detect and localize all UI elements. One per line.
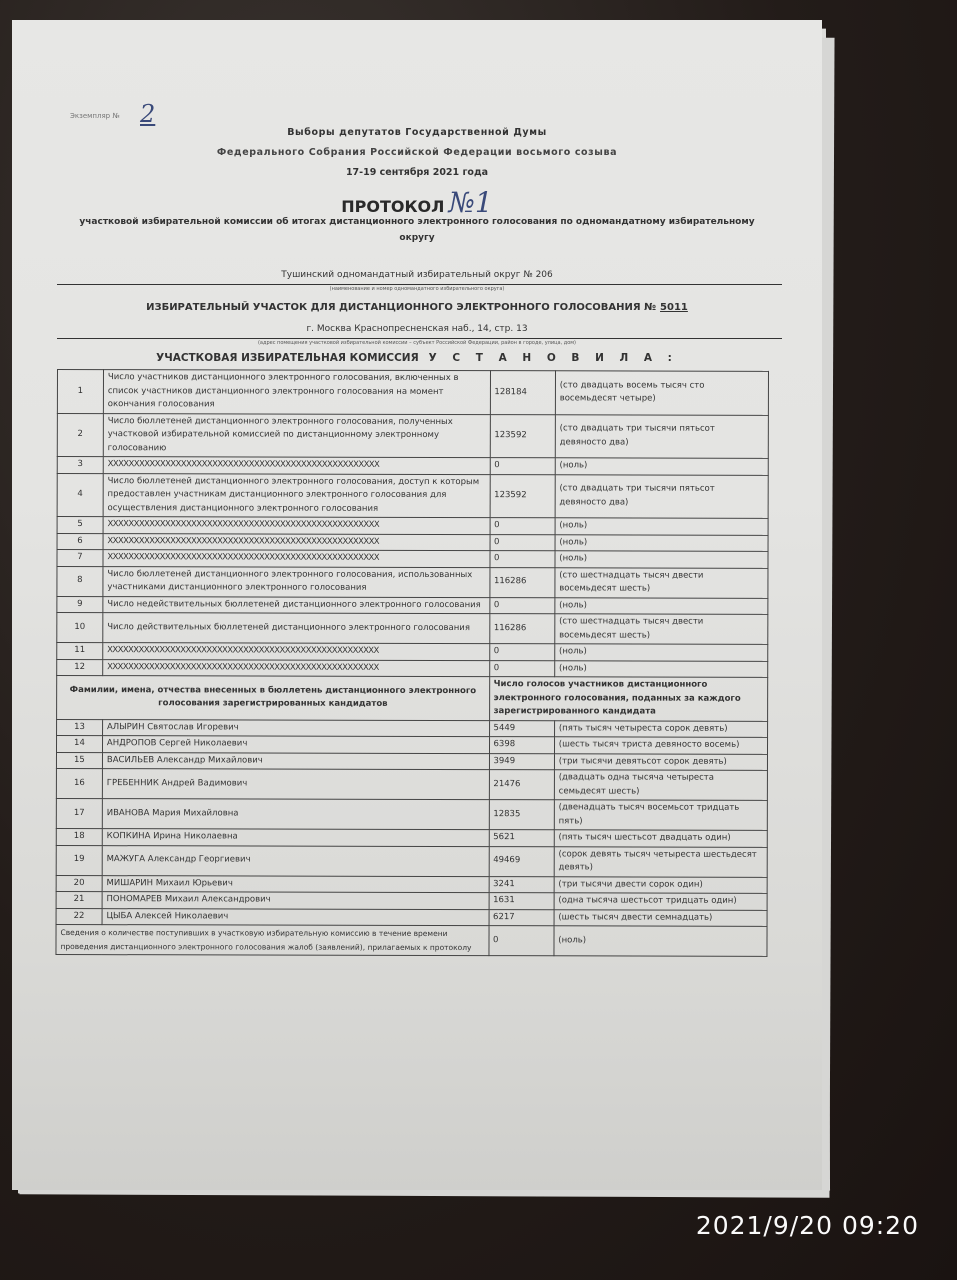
row-value-words: (сто двадцать три тысячи пятьсот девянос… <box>555 474 768 518</box>
candidate-votes: 6217 <box>489 909 554 926</box>
row-value-words: (ноль) <box>555 518 768 535</box>
candidate-name: ЦЫБА Алексей Николаевич <box>102 908 489 926</box>
complaints-value: 0 <box>488 926 553 956</box>
row-crossed-out: XXXXXXXXXXXXXXXXXXXXXXXXXXXXXXXXXXXXXXXX… <box>103 659 490 677</box>
table-row: 9Число недействительных бюллетеней диста… <box>57 596 768 614</box>
row-value: 116286 <box>489 567 554 597</box>
candidate-votes: 1631 <box>489 893 554 910</box>
candidate-name: ВАСИЛЬЕВ Александр Михайлович <box>102 752 489 770</box>
protocol-sheet: Экземпляр № 2 Выборы депутатов Государст… <box>12 20 822 1190</box>
candidate-row: 16ГРЕБЕННИК Андрей Вадимович21476(двадца… <box>56 768 767 800</box>
election-dates: 17-19 сентября 2021 года <box>12 167 822 178</box>
complaints-row: Сведения о количестве поступивших в учас… <box>56 924 767 956</box>
row-crossed-out: XXXXXXXXXXXXXXXXXXXXXXXXXXXXXXXXXXXXXXXX… <box>103 643 490 661</box>
table-row: 12XXXXXXXXXXXXXXXXXXXXXXXXXXXXXXXXXXXXXX… <box>57 659 768 677</box>
row-number: 9 <box>57 596 103 613</box>
precinct-heading: ИЗБИРАТЕЛЬНЫЙ УЧАСТОК ДЛЯ ДИСТАНЦИОННОГО… <box>12 302 822 313</box>
candidate-votes-words: (одна тысяча шестьсот тридцать один) <box>554 893 767 910</box>
protocol-table: 1Число участников дистанционного электро… <box>55 369 769 957</box>
row-number: 10 <box>57 613 103 643</box>
candidate-name: ГРЕБЕННИК Андрей Вадимович <box>102 769 489 800</box>
complaints-description: Сведения о количестве поступивших в учас… <box>56 924 489 955</box>
row-value: 116286 <box>489 614 554 644</box>
row-crossed-out: XXXXXXXXXXXXXXXXXXXXXXXXXXXXXXXXXXXXXXXX… <box>103 533 490 551</box>
candidate-row: 13АЛЫРИН Святослав Игоревич5449(пять тыс… <box>57 719 768 737</box>
candidate-votes-words: (двенадцать тысяч восемьсот тридцать пят… <box>554 800 767 831</box>
table-row: 1Число участников дистанционного электро… <box>57 370 768 415</box>
row-value: 123592 <box>490 414 555 458</box>
title-line-2: Федерального Собрания Российской Федерац… <box>12 147 822 158</box>
candidate-row: 14АНДРОПОВ Сергей Николаевич6398(шесть т… <box>56 736 767 754</box>
row-value-words: (ноль) <box>555 551 768 568</box>
candidate-row: 21ПОНОМАРЕВ Михаил Александрович1631(одн… <box>56 891 767 909</box>
row-value-words: (ноль) <box>555 458 768 475</box>
candidate-votes: 21476 <box>489 770 554 800</box>
copy-label: Экземпляр № <box>70 112 120 120</box>
candidate-name: ПОНОМАРЕВ Михаил Александрович <box>102 892 489 910</box>
candidate-votes-words: (пять тысяч четыреста сорок девять) <box>554 720 767 737</box>
table-row: 11XXXXXXXXXXXXXXXXXXXXXXXXXXXXXXXXXXXXXX… <box>57 643 768 661</box>
row-value-words: (сто шестнадцать тысяч двести восемьдеся… <box>555 614 768 645</box>
row-description: Число действительных бюллетеней дистанци… <box>103 613 490 644</box>
table-row: 7XXXXXXXXXXXXXXXXXXXXXXXXXXXXXXXXXXXXXXX… <box>57 550 768 568</box>
commission-decided-heading: УЧАСТКОВАЯ ИЗБИРАТЕЛЬНАЯ КОМИССИЯУ С Т А… <box>12 352 822 364</box>
candidate-votes: 6398 <box>489 737 554 754</box>
row-value: 0 <box>490 518 555 535</box>
precinct-number: 5011 <box>660 302 688 313</box>
candidate-votes-words: (шесть тысяч триста девяносто восемь) <box>554 737 767 754</box>
table-row: 6XXXXXXXXXXXXXXXXXXXXXXXXXXXXXXXXXXXXXXX… <box>57 533 768 551</box>
candidate-number: 14 <box>56 736 102 753</box>
candidate-number: 18 <box>56 828 102 845</box>
row-number: 11 <box>57 643 103 660</box>
row-description: Число участников дистанционного электрон… <box>103 370 490 415</box>
title-line-1: Выборы депутатов Государственной Думы <box>12 127 822 138</box>
table-row: 10Число действительных бюллетеней дистан… <box>57 613 768 645</box>
candidate-votes: 49469 <box>489 846 554 876</box>
table-row: 5XXXXXXXXXXXXXXXXXXXXXXXXXXXXXXXXXXXXXXX… <box>57 517 768 535</box>
district-note: (наименование и номер одномандатного изб… <box>12 286 822 292</box>
row-crossed-out: XXXXXXXXXXXXXXXXXXXXXXXXXXXXXXXXXXXXXXXX… <box>103 517 490 535</box>
address-underline <box>57 338 782 339</box>
row-description: Число бюллетеней дистанционного электрон… <box>103 566 490 597</box>
row-value: 0 <box>490 458 555 475</box>
row-value-words: (сто двадцать восемь тысяч сто восемьдес… <box>555 371 768 415</box>
row-number: 8 <box>57 566 103 596</box>
candidates-names-header: Фамилии, имена, отчества внесенных в бюл… <box>57 676 490 721</box>
row-description: Число недействительных бюллетеней дистан… <box>103 596 490 614</box>
candidate-number: 13 <box>57 719 103 736</box>
row-description: Число бюллетеней дистанционного электрон… <box>103 473 490 518</box>
table-row: 4Число бюллетеней дистанционного электро… <box>57 473 768 518</box>
row-value: 0 <box>489 644 554 661</box>
row-number: 12 <box>57 659 103 676</box>
row-value-words: (сто шестнадцать тысяч двести восемьдеся… <box>555 567 768 598</box>
table-row: 8Число бюллетеней дистанционного электро… <box>57 566 768 598</box>
row-value-words: (ноль) <box>555 644 768 661</box>
district-underline <box>57 284 782 285</box>
candidate-votes-words: (сорок девять тысяч четыреста шестьдесят… <box>554 846 767 877</box>
candidate-name: АНДРОПОВ Сергей Николаевич <box>102 736 489 754</box>
row-number: 4 <box>57 473 103 517</box>
protocol-subtitle: участковой избирательной комиссии об ито… <box>12 214 822 246</box>
row-value: 0 <box>489 597 554 614</box>
candidate-votes-words: (три тысячи двести сорок один) <box>554 876 767 893</box>
candidate-votes: 3241 <box>489 876 554 893</box>
candidate-number: 15 <box>56 752 102 769</box>
row-description: Число бюллетеней дистанционного электрон… <box>103 413 490 458</box>
candidate-number: 17 <box>56 798 102 828</box>
row-value-words: (сто двадцать три тысячи пятьсот девянос… <box>555 414 768 458</box>
candidate-row: 18КОПКИНА Ирина Николаевна5621(пять тыся… <box>56 828 767 846</box>
row-number: 6 <box>57 533 103 550</box>
candidate-votes: 5449 <box>489 720 554 737</box>
candidate-votes-words: (пять тысяч шестьсот двадцать один) <box>554 830 767 847</box>
row-value-words: (ноль) <box>555 597 768 614</box>
decided-spaced: У С Т А Н О В И Л А : <box>429 352 678 364</box>
candidate-name: МАЖУГА Александр Георгиевич <box>102 845 489 876</box>
row-value: 128184 <box>490 371 555 415</box>
candidate-name: ИВАНОВА Мария Михайловна <box>102 799 489 830</box>
candidate-number: 19 <box>56 845 102 875</box>
candidate-number: 20 <box>56 875 102 892</box>
row-crossed-out: XXXXXXXXXXXXXXXXXXXXXXXXXXXXXXXXXXXXXXXX… <box>103 550 490 568</box>
district-name: Тушинский одномандатный избирательный ок… <box>12 270 822 280</box>
candidate-row: 20МИШАРИН Михаил Юрьевич3241(три тысячи … <box>56 875 767 893</box>
photo-timestamp: 2021/9/20 09:20 <box>696 1211 919 1240</box>
copy-number-handwritten: 2 <box>140 100 155 128</box>
commission-label: УЧАСТКОВАЯ ИЗБИРАТЕЛЬНАЯ КОМИССИЯ <box>156 352 419 364</box>
row-number: 2 <box>57 413 103 457</box>
row-crossed-out: XXXXXXXXXXXXXXXXXXXXXXXXXXXXXXXXXXXXXXXX… <box>103 457 490 475</box>
candidate-row: 17ИВАНОВА Мария Михайловна12835(двенадца… <box>56 798 767 830</box>
candidate-number: 16 <box>56 768 102 798</box>
row-number: 7 <box>57 550 103 567</box>
candidate-row: 15ВАСИЛЬЕВ Александр Михайлович3949(три … <box>56 752 767 770</box>
candidate-votes-words: (шесть тысяч двести семнадцать) <box>554 909 767 926</box>
precinct-label: ИЗБИРАТЕЛЬНЫЙ УЧАСТОК ДЛЯ ДИСТАНЦИОННОГО… <box>146 302 656 313</box>
row-value: 0 <box>489 660 554 677</box>
row-number: 1 <box>57 370 103 414</box>
row-number: 3 <box>57 457 103 474</box>
candidate-row: 19МАЖУГА Александр Георгиевич49469(сорок… <box>56 845 767 877</box>
candidate-row: 22ЦЫБА Алексей Николаевич6217(шесть тыся… <box>56 908 767 926</box>
candidate-name: КОПКИНА Ирина Николаевна <box>102 829 489 847</box>
candidates-header-row: Фамилии, имена, отчества внесенных в бюл… <box>57 676 768 721</box>
row-value: 0 <box>489 551 554 568</box>
candidate-votes-words: (двадцать одна тысяча четыреста семьдеся… <box>554 770 767 801</box>
candidate-votes: 3949 <box>489 753 554 770</box>
row-value: 123592 <box>490 474 555 518</box>
address-note: (адрес помещения участковой избирательно… <box>12 340 822 346</box>
row-value-words: (ноль) <box>554 660 767 677</box>
candidate-name: МИШАРИН Михаил Юрьевич <box>102 875 489 893</box>
candidate-votes: 5621 <box>489 830 554 847</box>
candidate-number: 22 <box>56 908 102 925</box>
precinct-address: г. Москва Краснопресненская наб., 14, ст… <box>12 324 822 334</box>
candidates-votes-header: Число голосов участников дистанционного … <box>489 677 768 721</box>
candidate-name: АЛЫРИН Святослав Игоревич <box>102 719 489 737</box>
candidate-votes-words: (три тысячи девятьсот сорок девять) <box>554 753 767 770</box>
table-row: 3XXXXXXXXXXXXXXXXXXXXXXXXXXXXXXXXXXXXXXX… <box>57 457 768 475</box>
table-row: 2Число бюллетеней дистанционного электро… <box>57 413 768 458</box>
candidate-votes: 12835 <box>489 800 554 830</box>
row-value: 0 <box>490 534 555 551</box>
row-value-words: (ноль) <box>555 534 768 551</box>
complaints-value-words: (ноль) <box>554 926 767 957</box>
candidate-number: 21 <box>56 891 102 908</box>
row-number: 5 <box>57 517 103 534</box>
